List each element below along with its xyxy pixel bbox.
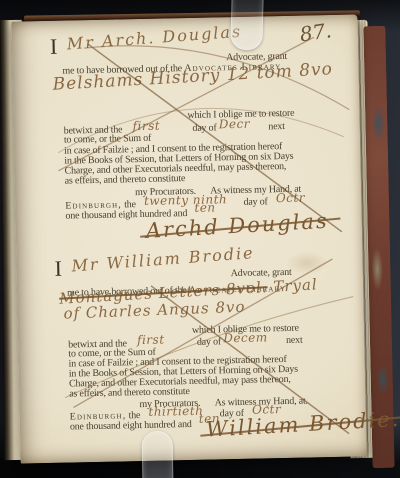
borrower-name-handwritten: Mr Arch. Douglas <box>67 26 243 50</box>
photograph-of-open-ledger: 87. I Mr Arch. Douglas Advocate, grant m… <box>0 0 400 478</box>
page-holder-clip-top <box>230 0 264 50</box>
printed-initial-I: I <box>54 259 62 279</box>
book-title-text: Tryal <box>273 275 318 295</box>
day-of-text: day of <box>197 336 221 348</box>
handwritten-return-day: first <box>137 333 165 348</box>
signature-line: Archd Douglas <box>146 215 330 243</box>
printed-initial-I: I <box>50 37 58 57</box>
handwritten-signed-month: Octr <box>276 191 305 206</box>
entry-head-line: I Mr William Brodie <box>54 255 255 279</box>
handwritten-return-month: Decr <box>219 117 250 132</box>
entry-head-line: I Mr Arch. Douglas <box>50 33 243 57</box>
signature-line: William Brodie. <box>206 414 400 442</box>
ledger-page: 87. I Mr Arch. Douglas Advocate, grant m… <box>11 14 366 463</box>
handwritten-return-day: first <box>132 119 160 134</box>
printed-effeirs-line: as effeirs, and thereto constitute <box>65 173 186 187</box>
loan-form-entry-1: I Mr Arch. Douglas Advocate, grant me to… <box>12 30 363 259</box>
loan-form-entry-2: I Mr William Brodie Advocate, grant me t… <box>16 252 366 463</box>
hundred-text: one thousand eight hundred and <box>70 419 192 433</box>
next-text: next <box>268 121 285 132</box>
handwritten-return-month: Decem <box>223 330 268 345</box>
printed-year-line: one thousand eight hundred and ten <box>70 417 220 432</box>
day-of-text: day of <box>192 122 216 134</box>
page-holder-clip-bottom <box>142 431 174 478</box>
day-of-text: day of <box>243 196 267 208</box>
handwritten-signed-day: thirtieth <box>148 404 203 419</box>
handwritten-year-word: ten <box>194 200 215 214</box>
next-text: next <box>286 335 303 346</box>
